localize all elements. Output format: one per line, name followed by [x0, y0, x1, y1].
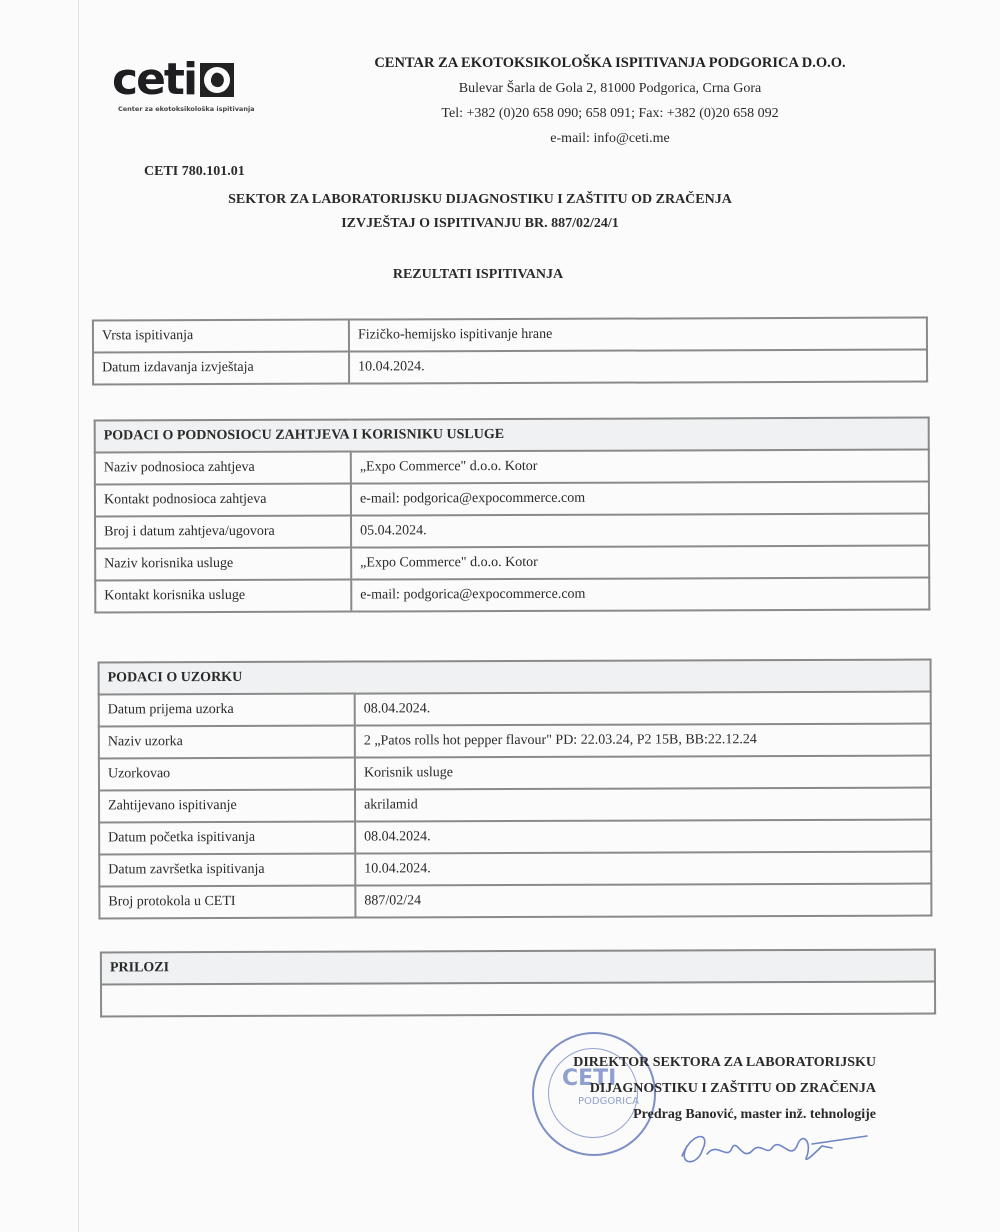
row-value: e-mail: podgorica@expocommerce.com: [351, 482, 929, 516]
row-label: Datum završetka ispitivanja: [99, 854, 355, 887]
table-header-row: PODACI O PODNOSIOCU ZAHTJEVA I KORISNIKU…: [95, 418, 929, 453]
section-heading: PODACI O UZORKU: [99, 660, 931, 695]
sector-name: SEKTOR ZA LABORATORIJSKU DIJAGNOSTIKU I …: [200, 188, 760, 212]
general-info-table: Vrsta ispitivanja Fizičko-hemijsko ispit…: [92, 317, 928, 386]
table-row: Datum početka ispitivanja 08.04.2024.: [99, 820, 931, 855]
applicant-table: PODACI O PODNOSIOCU ZAHTJEVA I KORISNIKU…: [94, 417, 931, 614]
row-value: 2 „Patos rolls hot pepper flavour" PD: 2…: [355, 724, 931, 758]
row-label: Kontakt korisnika usluge: [95, 580, 351, 613]
table-row: Naziv uzorka 2 „Patos rolls hot pepper f…: [99, 724, 931, 759]
logo-subtitle: Center za ekotoksikološka ispitivanja: [118, 105, 282, 113]
row-label: Kontakt podnosioca zahtjeva: [95, 484, 351, 517]
organization-header: CENTAR ZA EKOTOKSIKOLOŠKA ISPITIVANJA PO…: [360, 55, 860, 147]
row-label: Datum izdavanja izvještaja: [93, 352, 349, 385]
scan-edge-line: [78, 0, 79, 1232]
row-value: 10.04.2024.: [355, 852, 931, 886]
signatory-block: DIREKTOR SEKTORA ZA LABORATORIJSKU DIJAG…: [556, 1050, 876, 1128]
signatory-title-line1: DIREKTOR SEKTORA ZA LABORATORIJSKU: [556, 1050, 876, 1076]
row-value: akrilamid: [355, 788, 931, 822]
row-value: e-mail: podgorica@expocommerce.com: [351, 578, 929, 612]
attachments-table: PRILOZI: [100, 949, 936, 1018]
organization-name: CENTAR ZA EKOTOKSIKOLOŠKA ISPITIVANJA PO…: [360, 55, 860, 72]
row-value: 10.04.2024.: [349, 350, 927, 384]
signatory-name: Predrag Banović, master inž. tehnologije: [556, 1102, 876, 1128]
table-row: Uzorkovao Korisnik usluge: [99, 756, 931, 791]
ceti-logo: ceti Center za ekotoksikološka ispitivan…: [112, 58, 282, 113]
table-row: Naziv podnosioca zahtjeva „Expo Commerce…: [95, 450, 929, 485]
sample-table: PODACI O UZORKU Datum prijema uzorka 08.…: [98, 659, 933, 920]
organization-address: Bulevar Šarla de Gola 2, 81000 Podgorica…: [360, 81, 860, 97]
organization-email: e-mail: info@ceti.me: [360, 131, 860, 147]
table-row: Kontakt korisnika usluge e-mail: podgori…: [95, 578, 929, 613]
row-value: 05.04.2024.: [351, 514, 929, 548]
row-value: 08.04.2024.: [355, 692, 931, 726]
signatory-title-line2: DIJAGNOSTIKU I ZAŠTITU OD ZRAČENJA: [556, 1076, 876, 1102]
table-row: Datum prijema uzorka 08.04.2024.: [99, 692, 931, 727]
organization-phone: Tel: +382 (0)20 658 090; 658 091; Fax: +…: [360, 106, 860, 122]
row-label: Datum početka ispitivanja: [99, 822, 355, 855]
table-header-row: PODACI O UZORKU: [99, 660, 931, 695]
sector-heading: SEKTOR ZA LABORATORIJSKU DIJAGNOSTIKU I …: [200, 188, 760, 236]
table-row: Broj i datum zahtjeva/ugovora 05.04.2024…: [95, 514, 929, 549]
document-code: CETI 780.101.01: [144, 164, 245, 180]
logo-text: ceti: [112, 58, 196, 102]
table-row: Vrsta ispitivanja Fizičko-hemijsko ispit…: [93, 318, 927, 353]
table-row: Naziv korisnika usluge „Expo Commerce" d…: [95, 546, 929, 581]
montenegro-map-icon: [200, 63, 234, 97]
table-row: Zahtijevano ispitivanje akrilamid: [99, 788, 931, 823]
section-heading: PODACI O PODNOSIOCU ZAHTJEVA I KORISNIKU…: [95, 418, 929, 453]
row-value: „Expo Commerce" d.o.o. Kotor: [351, 450, 929, 484]
row-label: Broj protokola u CETI: [99, 886, 355, 919]
row-label: Broj i datum zahtjeva/ugovora: [95, 516, 351, 549]
row-label: Naziv korisnika usluge: [95, 548, 351, 581]
row-label: Datum prijema uzorka: [99, 694, 355, 727]
table-row: [101, 982, 935, 1017]
table-header-row: PRILOZI: [101, 950, 935, 985]
row-label: Naziv uzorka: [99, 726, 355, 759]
row-value: 08.04.2024.: [355, 820, 931, 854]
handwritten-signature: [672, 1126, 872, 1171]
table-row: Broj protokola u CETI 887/02/24: [99, 884, 931, 919]
attachments-content: [101, 982, 935, 1017]
results-heading: REZULTATI ISPITIVANJA: [300, 267, 656, 283]
row-value: Fizičko-hemijsko ispitivanje hrane: [349, 318, 927, 352]
table-row: Datum završetka ispitivanja 10.04.2024.: [99, 852, 931, 887]
row-label: Zahtijevano ispitivanje: [99, 790, 355, 823]
row-label: Vrsta ispitivanja: [93, 320, 349, 353]
table-row: Datum izdavanja izvještaja 10.04.2024.: [93, 350, 927, 385]
section-heading: PRILOZI: [101, 950, 935, 985]
row-value: Korisnik usluge: [355, 756, 931, 790]
row-label: Naziv podnosioca zahtjeva: [95, 452, 351, 485]
table-row: Kontakt podnosioca zahtjeva e-mail: podg…: [95, 482, 929, 517]
row-value: „Expo Commerce" d.o.o. Kotor: [351, 546, 929, 580]
report-title: IZVJEŠTAJ O ISPITIVANJU BR. 887/02/24/1: [200, 212, 760, 236]
row-label: Uzorkovao: [99, 758, 355, 791]
row-value: 887/02/24: [355, 884, 931, 918]
